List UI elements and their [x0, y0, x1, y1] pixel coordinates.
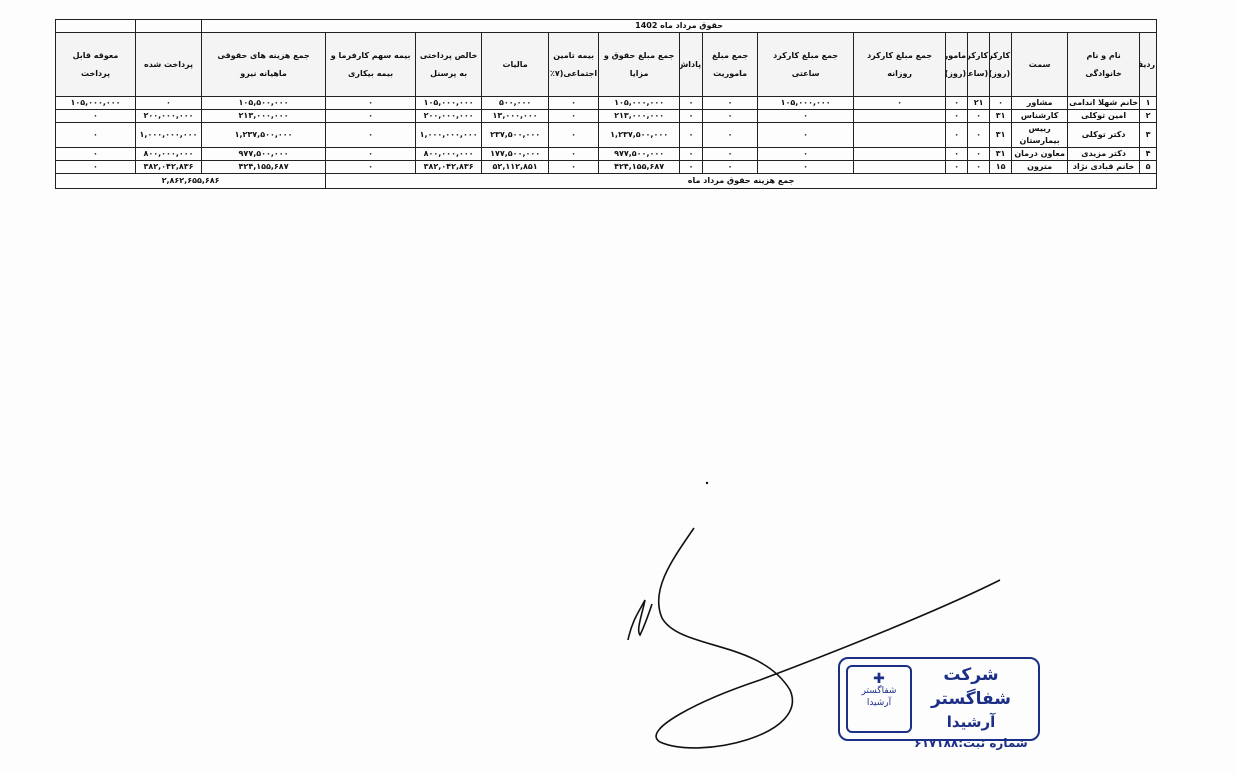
stamp-logo-text: شفاگستر آرشیدا — [848, 685, 910, 709]
stamp-registration-number: شماره ثبت:۶۱۷۱۸۸ — [910, 733, 1032, 753]
stamp-company-subname: آرشیدا — [910, 711, 1032, 733]
stamp-logo-icon: ✚ شفاگستر آرشیدا — [846, 665, 912, 733]
stamp-company-name: شرکت شفاگستر — [910, 663, 1032, 711]
company-stamp: ✚ شفاگستر آرشیدا شرکت شفاگستر آرشیدا شما… — [838, 657, 1040, 741]
stamp-text: شرکت شفاگستر آرشیدا شماره ثبت:۶۱۷۱۸۸ — [910, 663, 1032, 753]
signature — [0, 0, 1236, 773]
